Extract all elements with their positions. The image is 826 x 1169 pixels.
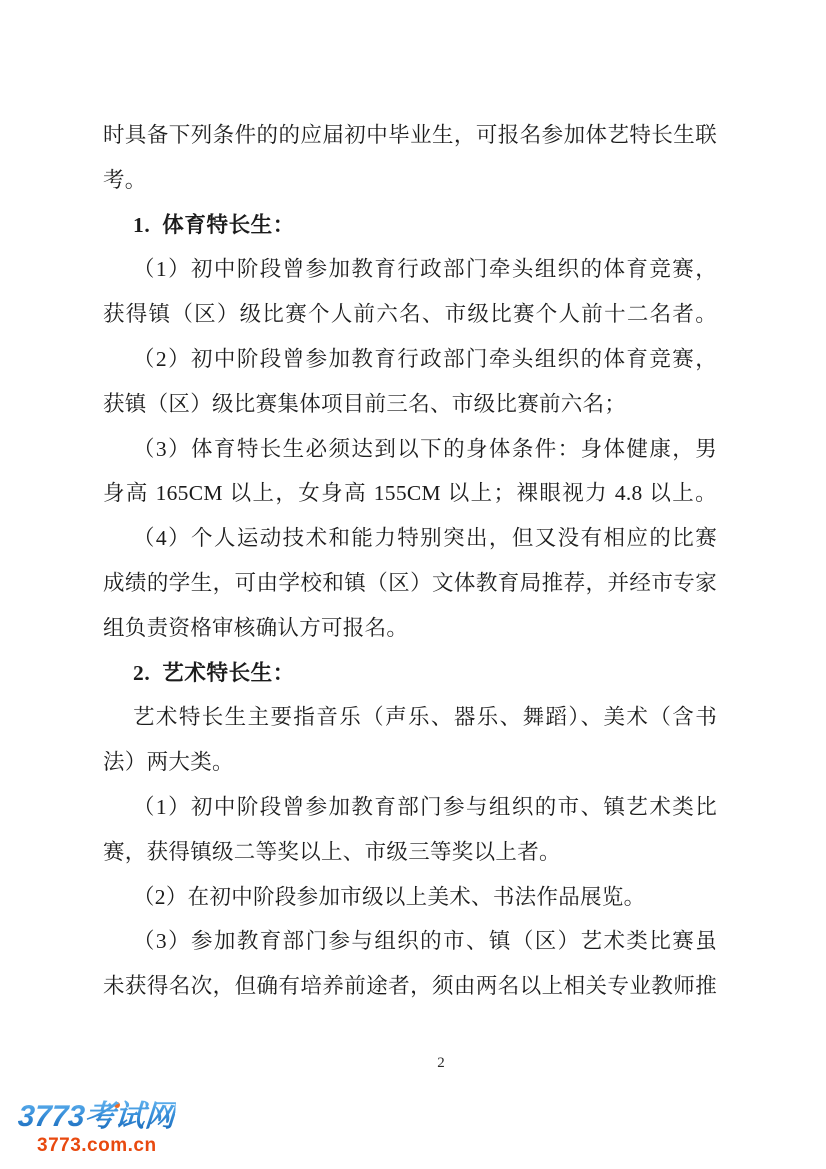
text-line-16: （1）初中阶段曾参加教育部门参与组织的市、镇艺术类比: [103, 785, 717, 830]
text-line-14: 艺术特长生主要指音乐（声乐、器乐、舞蹈）、美术（含书: [103, 695, 717, 740]
text-line-4: （1）初中阶段曾参加教育行政部门牵头组织的体育竞赛，: [103, 247, 717, 292]
text-line-7: 获镇（区）级比赛集体项目前三名、市级比赛前六名；: [103, 382, 717, 427]
text-line-20: 未获得名次，但确有培养前途者，须由两名以上相关专业教师推: [103, 964, 717, 1009]
document-body: 时具备下列条件的的应届初中毕业生，可报名参加体艺特长生联考。1. 体育特长生：（…: [103, 113, 717, 1009]
page-number: 2: [429, 1055, 453, 1072]
text-line-3: 1. 体育特长生：: [103, 203, 717, 248]
text-line-17: 赛，获得镇级二等奖以上、市级三等奖以上者。: [103, 830, 717, 875]
site-url-text: 3773.com.cn: [37, 1136, 175, 1156]
text-line-19: （3）参加教育部门参与组织的市、镇（区）艺术类比赛虽: [103, 919, 717, 964]
site-watermark: 3773考试网 3773.com.cn: [18, 1099, 175, 1156]
text-line-12: 组负责资格审核确认方可报名。: [103, 606, 717, 651]
text-line-9: 身高 165CM 以上，女身高 155CM 以上；裸眼视力 4.8 以上。: [103, 471, 717, 516]
text-line-11: 成绩的学生，可由学校和镇（区）文体教育局推荐，并经市专家: [103, 561, 717, 606]
text-line-6: （2）初中阶段曾参加教育行政部门牵头组织的体育竞赛，: [103, 337, 717, 382]
text-line-2: 考。: [103, 158, 717, 203]
text-line-1: 时具备下列条件的的应届初中毕业生，可报名参加体艺特长生联: [103, 113, 717, 158]
text-line-18: （2）在初中阶段参加市级以上美术、书法作品展览。: [103, 875, 717, 920]
text-line-13: 2. 艺术特长生：: [103, 651, 717, 696]
text-line-10: （4）个人运动技术和能力特别突出，但又没有相应的比赛: [103, 516, 717, 561]
text-line-15: 法）两大类。: [103, 740, 717, 785]
text-line-5: 获得镇（区）级比赛个人前六名、市级比赛个人前十二名者。: [103, 292, 717, 337]
text-line-8: （3）体育特长生必须达到以下的身体条件：身体健康，男: [103, 427, 717, 472]
document-page: 时具备下列条件的的应届初中毕业生，可报名参加体艺特长生联考。1. 体育特长生：（…: [0, 0, 826, 1169]
site-logo-text: 3773考试网: [17, 1099, 176, 1134]
